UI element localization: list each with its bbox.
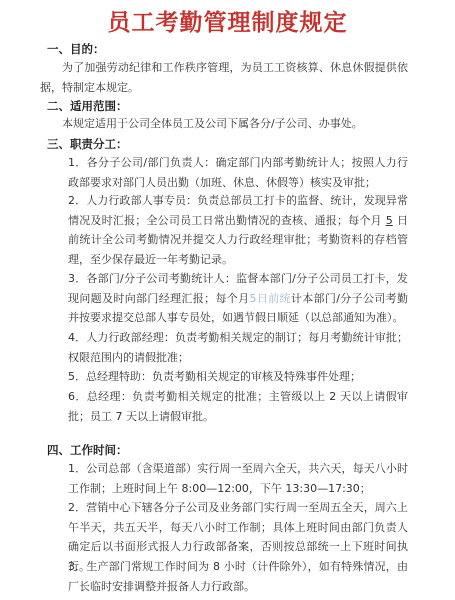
document-page: 员工考勤管理制度规定 一、目的： 为了加强劳动纪律和工作秩序管理，为员工工资核算… [0,0,455,600]
working-hours-item-1: 1．公司总部（含渠道部）实行周一至周六全天，共六天，每天八小时工作制；上班时间上… [68,459,408,498]
responsibility-item-3: 3．各部门/分子公司考勤统计人：监督本部门/分子公司员工打卡，发现问题及时向部门… [68,269,408,328]
responsibility-item-2: 2．人力行政部人事专员：负责总部员工打卡的监督、统计，发现异常情况及时汇报；全公… [68,191,408,269]
item-text: 2．人力行政部人事专员：负责总部员工打卡的监督、统计，发现异常情况及时汇报；全公… [68,194,408,227]
section-heading-scope: 二、适用范围： [47,98,128,114]
purpose-paragraph: 为了加强劳动纪律和工作秩序管理，为员工工资核算、休息休假提供依据，特制定本规定。 [40,58,408,97]
scope-paragraph: 本规定适用于公司全体员工及公司下属各分/子公司、办事处。 [62,114,408,134]
section-heading-working-hours: 四、工作时间： [47,442,128,458]
section-heading-purpose: 一、目的： [47,41,105,57]
responsibility-item-1: 1．各分子公司/部门负责人：确定部门内部考勤统计人；按照人力行政部要求对部门人员… [68,153,408,192]
working-hours-item-3: 3．生产部门常规工作时间为 8 小时（计件除外），如有特殊情况，由厂长临时安排调… [68,557,408,596]
watermark-obscured-text: 5日前统 [249,292,290,305]
document-title: 员工考勤管理制度规定 [0,4,455,37]
section-heading-responsibilities: 三、职责分工： [47,136,128,152]
responsibility-item-6: 6．总经理：负责考勤相关规定的批准；主管级以上 2 天以上请假审批；员工 7 天… [68,387,408,426]
responsibility-item-4: 4．人力行政部经理：负责考勤相关规定的制订；每月考勤统计审批；权限范围内的请假批… [68,328,408,367]
responsibility-item-5: 5．总经理特助：负责考勤相关规定的审核及特殊事件处理； [68,367,408,387]
underlined-day: 5 [382,214,397,227]
